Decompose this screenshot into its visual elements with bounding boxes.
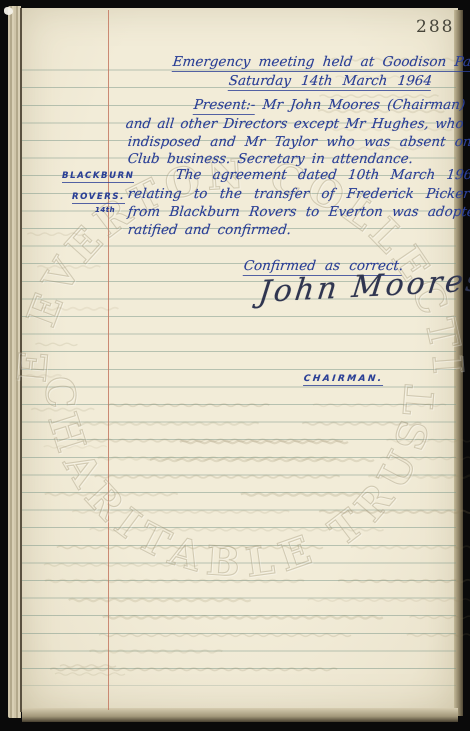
heading-line2: Saturday 14th March 1964 — [228, 73, 433, 91]
minute-line: Club business. Secretary in attendance. — [127, 152, 414, 166]
minute-line: The agreement dated 10th March 1964 — [175, 168, 470, 182]
page-number: 288 — [416, 17, 456, 37]
chairman-signature: John Moores — [258, 274, 470, 300]
minute-line: and all other Directors except Mr Hughes… — [125, 117, 470, 131]
minute-line: indisposed and Mr Taylor who was absent … — [127, 135, 470, 149]
minute-heading-line: Emergency meeting held at Goodison Park — [172, 55, 470, 69]
minute-line: from Blackburn Rovers to Everton was ado… — [127, 205, 470, 219]
present-names: Mr John Moores (Chairman) — [255, 97, 466, 113]
present-label: Present:- — [193, 97, 257, 115]
minute-line: relating to the transfer of Frederick Pi… — [127, 187, 470, 201]
minute-heading-line: Saturday 14th March 1964 — [228, 74, 433, 88]
minute-line: ratified and confirmed. — [127, 223, 292, 237]
margin-club-line1: BLACKBURN — [62, 171, 134, 183]
margin-note-line: BLACKBURN — [62, 169, 134, 183]
scanned-minute-book-page: THE EVERTON COLLECTION CHARITABLE TRUST … — [0, 0, 470, 731]
chairman-title: CHAIRMAN. — [303, 372, 384, 386]
minute-heading-line: Present:- Mr John Moores (Chairman) — [193, 98, 466, 112]
heading-line1: Emergency meeting held at Goodison Park — [172, 54, 470, 72]
margin-note-line: ROVERS. — [72, 190, 125, 204]
chairman-title-text: CHAIRMAN. — [303, 374, 384, 386]
margin-date-note: 14th — [95, 203, 115, 217]
